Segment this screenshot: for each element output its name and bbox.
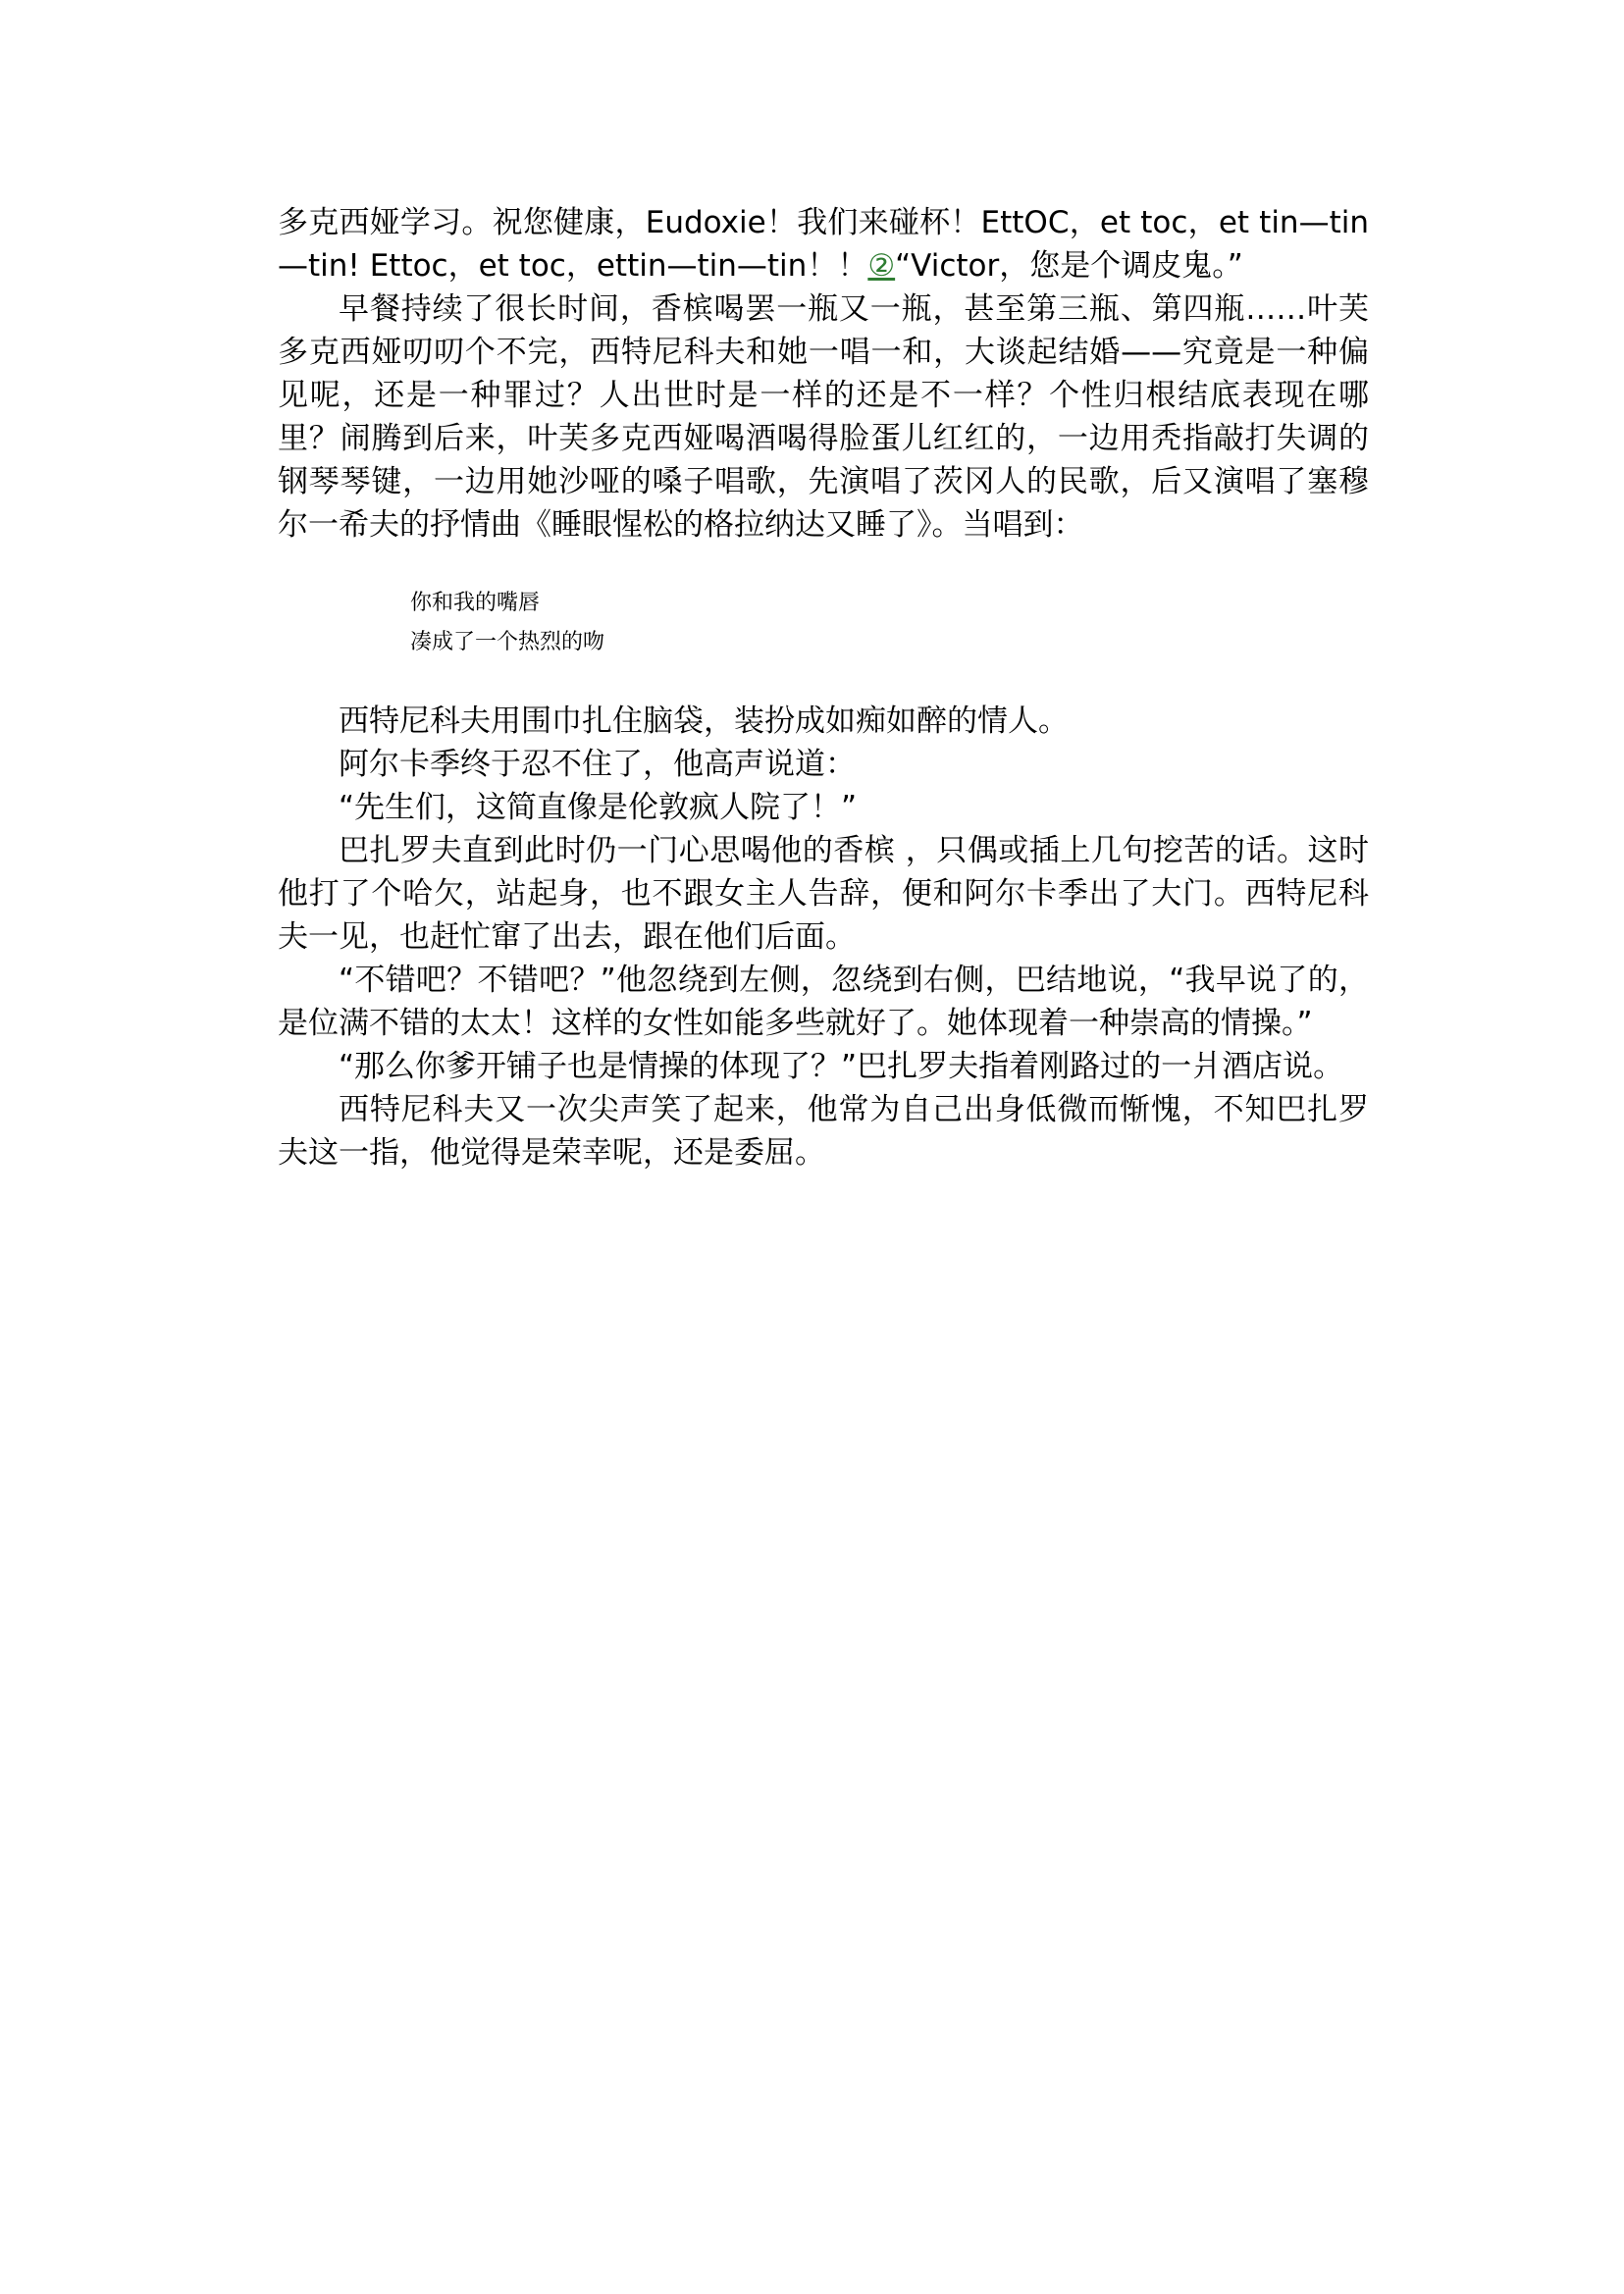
poem-line: 凑成了一个热烈的吻: [410, 623, 1369, 662]
paragraph-continuation: 多克西娅学习。祝您健康，Eudoxie！我们来碰杯！EttOC，et toc，e…: [278, 201, 1369, 287]
footnote-reference-link[interactable]: ②: [867, 248, 895, 284]
paragraph: 巴扎罗夫直到此时仍一门心思喝他的香槟 ，只偶或插上几句挖苦的话。这时他打了个哈欠…: [278, 829, 1369, 959]
paragraph: 阿尔卡季终于忍不住了，他高声说道：: [278, 743, 1369, 786]
poem-quote: 你和我的嘴唇 凑成了一个热烈的吻: [410, 584, 1369, 662]
document-page: 多克西娅学习。祝您健康，Eudoxie！我们来碰杯！EttOC，et toc，e…: [278, 201, 1369, 1174]
paragraph: 西特尼科夫用围巾扎住脑袋，装扮成如痴如醉的情人。: [278, 700, 1369, 743]
paragraph-breakfast: 早餐持续了很长时间，香槟喝罢一瓶又一瓶，甚至第三瓶、第四瓶……叶芙多克西娅叨叨个…: [278, 287, 1369, 547]
paragraph-text: “Victor，您是个调皮鬼。”: [895, 248, 1243, 284]
paragraph-dialogue: “那么你爹开铺子也是情操的体现了？”巴扎罗夫指着刚路过的一爿酒店说。: [278, 1045, 1369, 1088]
paragraph-dialogue: “不错吧？不错吧？”他忽绕到左侧，忽绕到右侧，巴结地说，“我早说了的，是位满不错…: [278, 959, 1369, 1045]
paragraph-dialogue: “先生们，这简直像是伦敦疯人院了！”: [278, 786, 1369, 829]
poem-line: 你和我的嘴唇: [410, 584, 1369, 623]
paragraph: 西特尼科夫又一次尖声笑了起来，他常为自己出身低微而惭愧，不知巴扎罗夫这一指，他觉…: [278, 1088, 1369, 1174]
